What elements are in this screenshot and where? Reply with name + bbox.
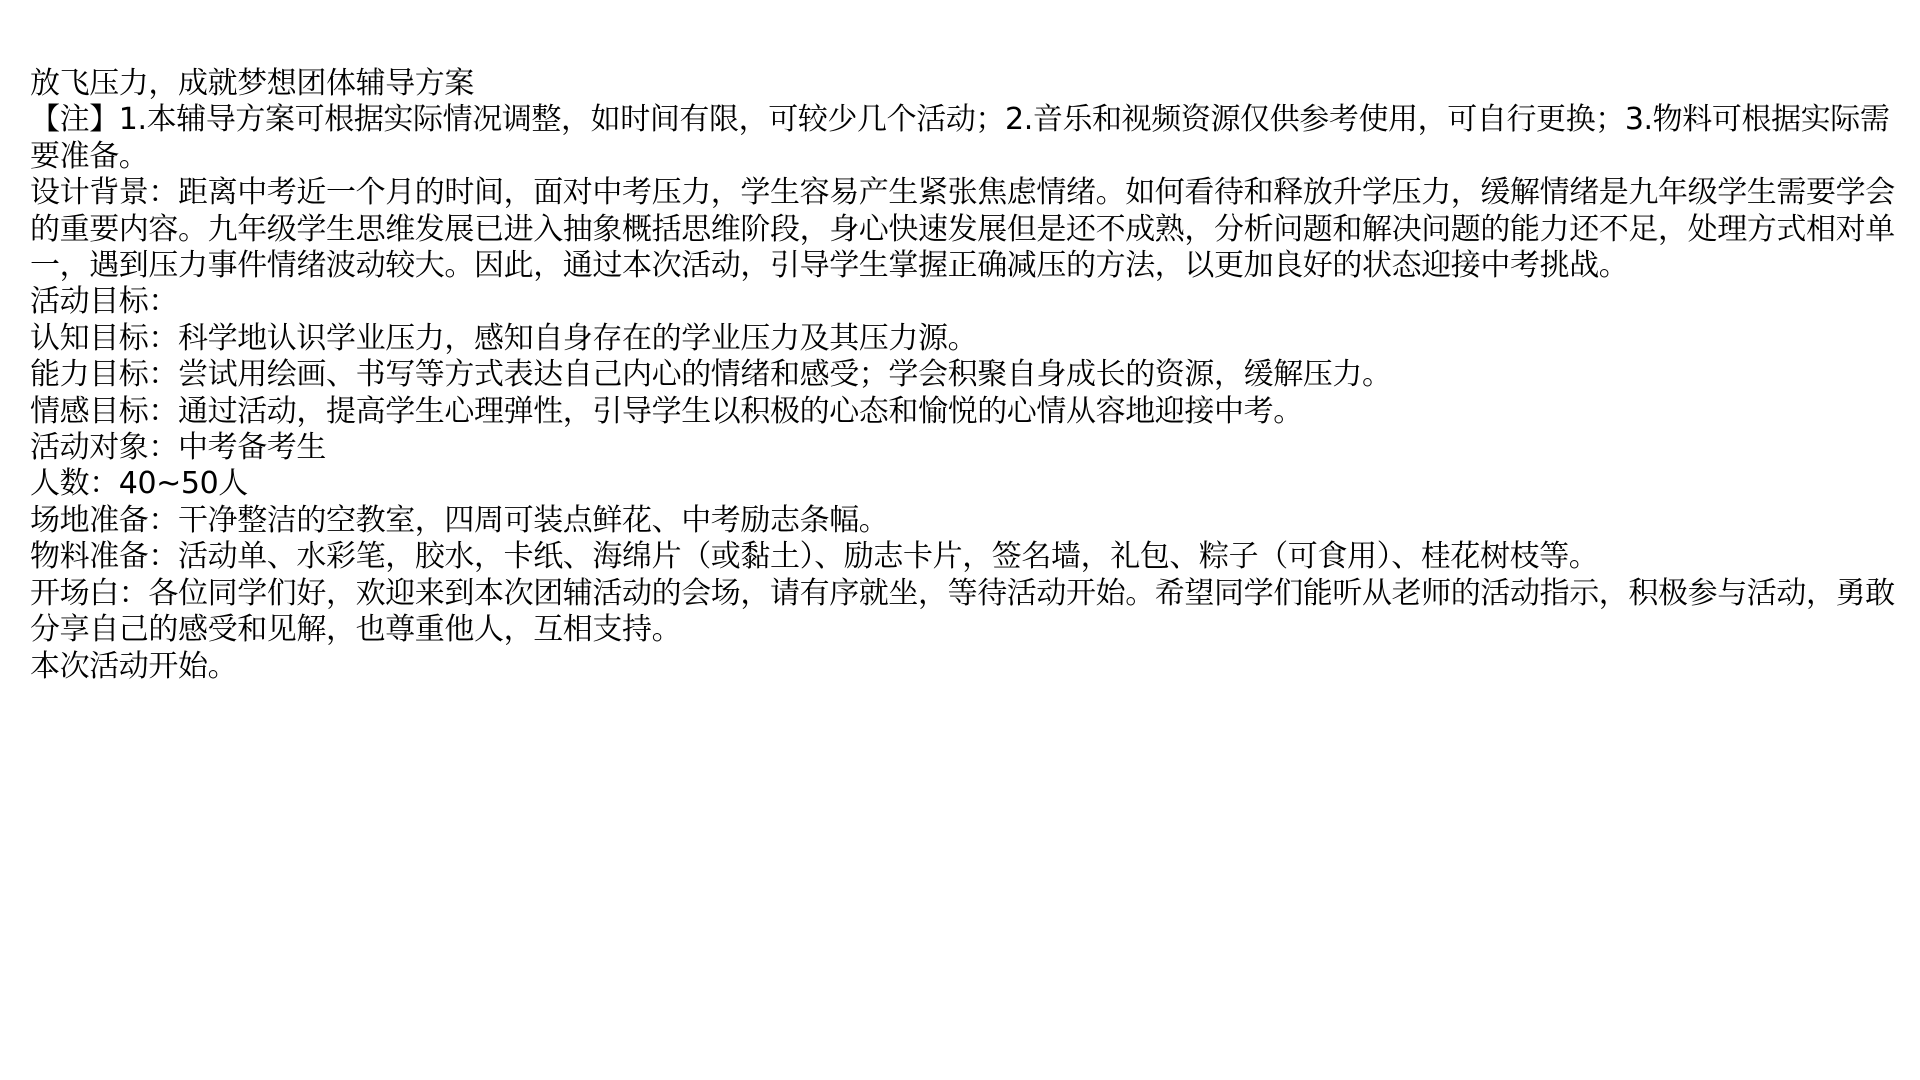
participant-count: 人数：40~50人 (30, 466, 1900, 502)
document-body: 放飞压力，成就梦想团体辅导方案 【注】1.本辅导方案可根据实际情况调整，如时间有… (30, 66, 1900, 685)
materials-preparation: 物料准备：活动单、水彩笔，胶水，卡纸、海绵片（或黏土）、励志卡片，签名墙，礼包、… (30, 539, 1900, 575)
emotional-goal: 情感目标：通过活动，提高学生心理弹性，引导学生以积极的心态和愉悦的心情从容地迎接… (30, 394, 1900, 430)
document-title: 放飞压力，成就梦想团体辅导方案 (30, 66, 1900, 102)
target-audience: 活动对象：中考备考生 (30, 430, 1900, 466)
ability-goal: 能力目标：尝试用绘画、书写等方式表达自己内心的情绪和感受；学会积聚自身成长的资源… (30, 357, 1900, 393)
activity-start: 本次活动开始。 (30, 649, 1900, 685)
opening-remarks: 开场白：各位同学们好，欢迎来到本次团辅活动的会场，请有序就坐，等待活动开始。希望… (30, 576, 1900, 649)
goals-heading: 活动目标： (30, 284, 1900, 320)
cognitive-goal: 认知目标：科学地认识学业压力，感知自身存在的学业压力及其压力源。 (30, 321, 1900, 357)
venue-preparation: 场地准备：干净整洁的空教室，四周可装点鲜花、中考励志条幅。 (30, 503, 1900, 539)
note-paragraph: 【注】1.本辅导方案可根据实际情况调整，如时间有限，可较少几个活动；2.音乐和视… (30, 102, 1900, 175)
design-background-paragraph: 设计背景：距离中考近一个月的时间，面对中考压力，学生容易产生紧张焦虑情绪。如何看… (30, 175, 1900, 284)
